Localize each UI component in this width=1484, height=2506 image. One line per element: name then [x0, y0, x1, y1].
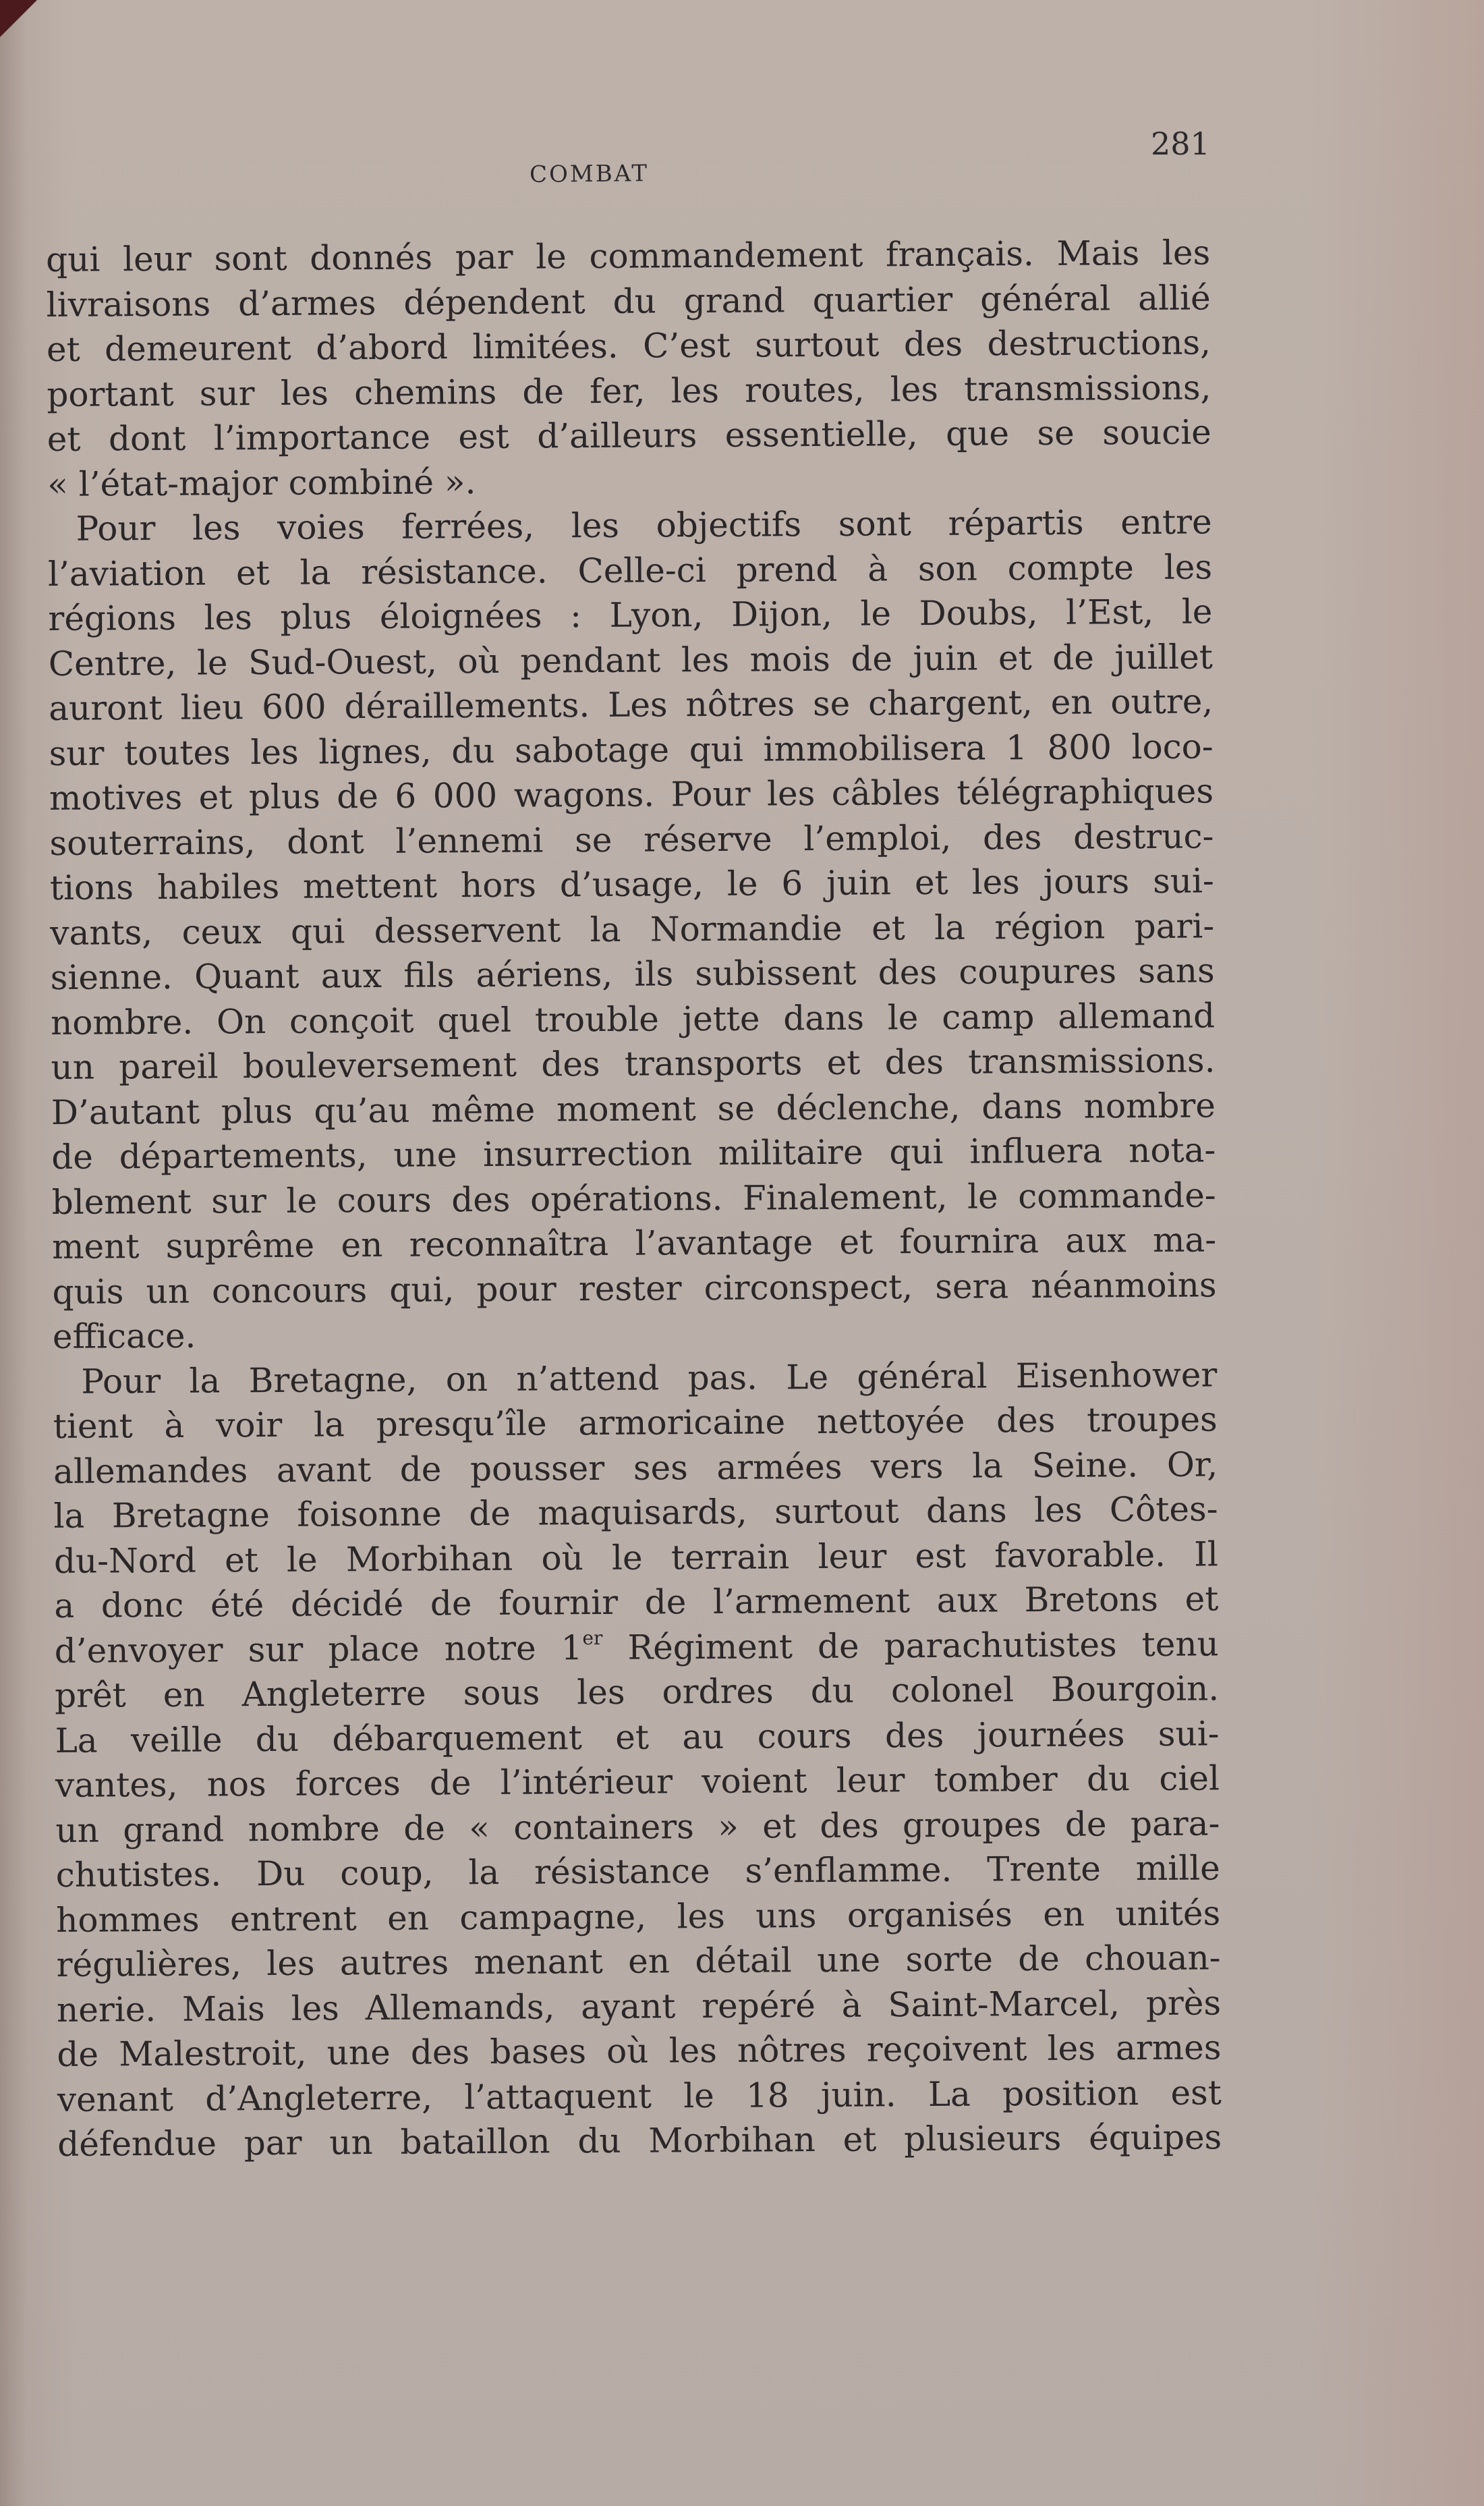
- text-line: prêt en Angleterre sous les ordres du co…: [55, 1666, 1219, 1718]
- text-line: régulières, les autres menant en détail …: [56, 1935, 1220, 1987]
- text-line: livraisons d’armes dépendent du grand qu…: [46, 275, 1210, 327]
- body-text: qui leur sont donnés par le commandement…: [46, 230, 1222, 2167]
- text-line: et demeurent d’abord limitées. C’est sur…: [47, 320, 1211, 372]
- text-line: auront lieu 600 déraillements. Les nôtre…: [49, 679, 1213, 731]
- text-line: nerie. Mais les Allemands, ayant repéré …: [57, 1980, 1221, 2032]
- paragraph-3: Pour la Bretagne, on n’attend pas. Le gé…: [53, 1352, 1222, 2167]
- text-line: du-Nord et le Morbihan où le terrain leu…: [54, 1532, 1218, 1584]
- text-line: un pareil bouleversement des transports …: [51, 1038, 1215, 1090]
- paragraph-2: Pour les voies ferrées, les objectifs so…: [47, 499, 1217, 1359]
- text-line: D’autant plus qu’au même moment se décle…: [51, 1083, 1216, 1135]
- text-line: sienne. Quant aux fils aériens, ils subi…: [50, 948, 1214, 1000]
- text-line: nombre. On conçoit quel trouble jette da…: [51, 993, 1215, 1045]
- text-line: défendue par un bataillon du Morbihan et…: [57, 2115, 1222, 2167]
- text-line: vants, ceux qui desservent la Normandie …: [50, 903, 1214, 955]
- text-line: hommes entrent en campagne, les uns orga…: [56, 1891, 1220, 1943]
- text-line: portant sur les chemins de fer, les rout…: [47, 365, 1211, 417]
- text-line: régions les plus éloignées : Lyon, Dijon…: [48, 589, 1212, 641]
- text-line: qui leur sont donnés par le commandement…: [46, 230, 1210, 282]
- text-line: de Malestroit, une des bases où les nôtr…: [57, 2025, 1221, 2077]
- cover-corner: [0, 0, 37, 37]
- line-tail: Régiment de parachutistes tenu: [602, 1624, 1219, 1667]
- text-line: de départements, une insurrection milita…: [51, 1127, 1216, 1179]
- text-line: et dont l’importance est d’ailleurs esse…: [47, 410, 1211, 462]
- text-line: un grand nombre de « containers » et des…: [55, 1801, 1220, 1853]
- text-line: sur toutes les lignes, du sabotage qui i…: [49, 724, 1213, 776]
- text-line: Centre, le Sud-Ouest, où pendant les moi…: [49, 634, 1213, 686]
- book-page: COMBAT 281 qui leur sont donnés par le c…: [0, 0, 1484, 2506]
- page-number: 281: [1151, 126, 1210, 162]
- text-line: a donc été décidé de fournir de l’armeme…: [54, 1576, 1218, 1628]
- text-line: Pour les voies ferrées, les objectifs so…: [47, 499, 1211, 551]
- text-line: tient à voir la presqu’île armoricaine n…: [53, 1397, 1218, 1449]
- text-line-with-superscript: d’envoyer sur place notre 1er Régiment d…: [55, 1621, 1219, 1673]
- paragraph-1: qui leur sont donnés par le commandement…: [46, 230, 1211, 507]
- text-line: quis un concours qui, pour rester circon…: [52, 1262, 1216, 1314]
- text-line: allemandes avant de pousser ses armées v…: [53, 1442, 1218, 1494]
- text-line: motives et plus de 6 000 wagons. Pour le…: [49, 769, 1214, 820]
- text-line: ment suprême en reconnaîtra l’avantage e…: [52, 1217, 1216, 1269]
- text-line: Pour la Bretagne, on n’attend pas. Le gé…: [53, 1352, 1217, 1404]
- text-line: vantes, nos forces de l’intérieur voient…: [55, 1756, 1220, 1808]
- text-line: La veille du débarquement et au cours de…: [55, 1711, 1219, 1763]
- text-line: blement sur le cours des opérations. Fin…: [52, 1173, 1216, 1225]
- running-head: COMBAT: [530, 160, 649, 188]
- ordinal-superscript: er: [582, 1626, 602, 1648]
- text-line: efficace.: [53, 1307, 1217, 1359]
- line-head: d’envoyer sur place notre 1: [55, 1628, 583, 1671]
- text-line: la Bretagne foisonne de maquisards, surt…: [53, 1486, 1218, 1538]
- text-line: l’aviation et la résistance. Celle-ci pr…: [48, 545, 1212, 596]
- text-line: souterrains, dont l’ennemi se réserve l’…: [49, 814, 1214, 866]
- text-line: « l’état-major combiné ».: [47, 455, 1211, 507]
- text-line: chutistes. Du coup, la résistance s’enfl…: [56, 1845, 1220, 1897]
- text-line: tions habiles mettent hors d’usage, le 6…: [50, 858, 1214, 910]
- text-line: venant d’Angleterre, l’attaquent le 18 j…: [57, 2070, 1222, 2122]
